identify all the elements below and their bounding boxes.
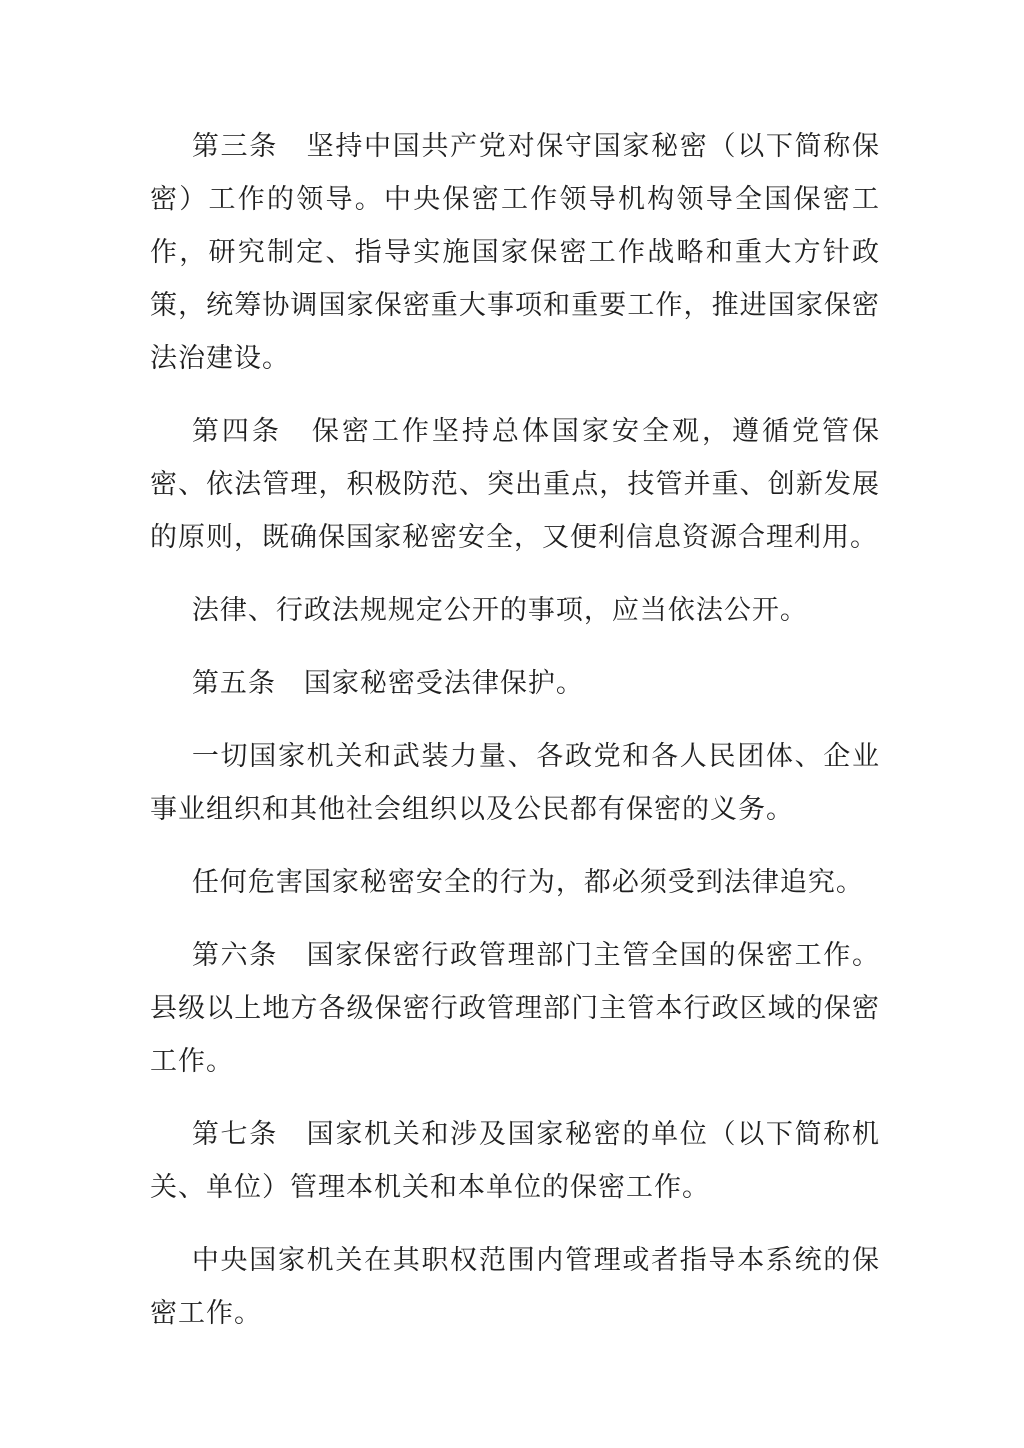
paragraph-article-3: 第三条 坚持中国共产党对保守国家秘密（以下简称保密）工作的领导。中央保密工作领导… bbox=[150, 120, 880, 385]
law-text-body: 第三条 坚持中国共产党对保守国家秘密（以下简称保密）工作的领导。中央保密工作领导… bbox=[150, 120, 880, 1340]
paragraph-article-5-clause-3: 任何危害国家秘密安全的行为，都必须受到法律追究。 bbox=[150, 856, 880, 909]
paragraph-article-7: 第七条 国家机关和涉及国家秘密的单位（以下简称机关、单位）管理本机关和本单位的保… bbox=[150, 1108, 880, 1214]
paragraph-article-4: 第四条 保密工作坚持总体国家安全观，遵循党管保密、依法管理，积极防范、突出重点，… bbox=[150, 405, 880, 564]
paragraph-article-5: 第五条 国家秘密受法律保护。 bbox=[150, 657, 880, 710]
paragraph-article-6: 第六条 国家保密行政管理部门主管全国的保密工作。县级以上地方各级保密行政管理部门… bbox=[150, 929, 880, 1088]
paragraph-article-7-clause-2: 中央国家机关在其职权范围内管理或者指导本系统的保密工作。 bbox=[150, 1234, 880, 1340]
paragraph-article-4-clause-2: 法律、行政法规规定公开的事项，应当依法公开。 bbox=[150, 584, 880, 637]
paragraph-article-5-clause-2: 一切国家机关和武装力量、各政党和各人民团体、企业事业组织和其他社会组织以及公民都… bbox=[150, 730, 880, 836]
document-page: 第三条 坚持中国共产党对保守国家秘密（以下简称保密）工作的领导。中央保密工作领导… bbox=[0, 0, 1024, 1448]
